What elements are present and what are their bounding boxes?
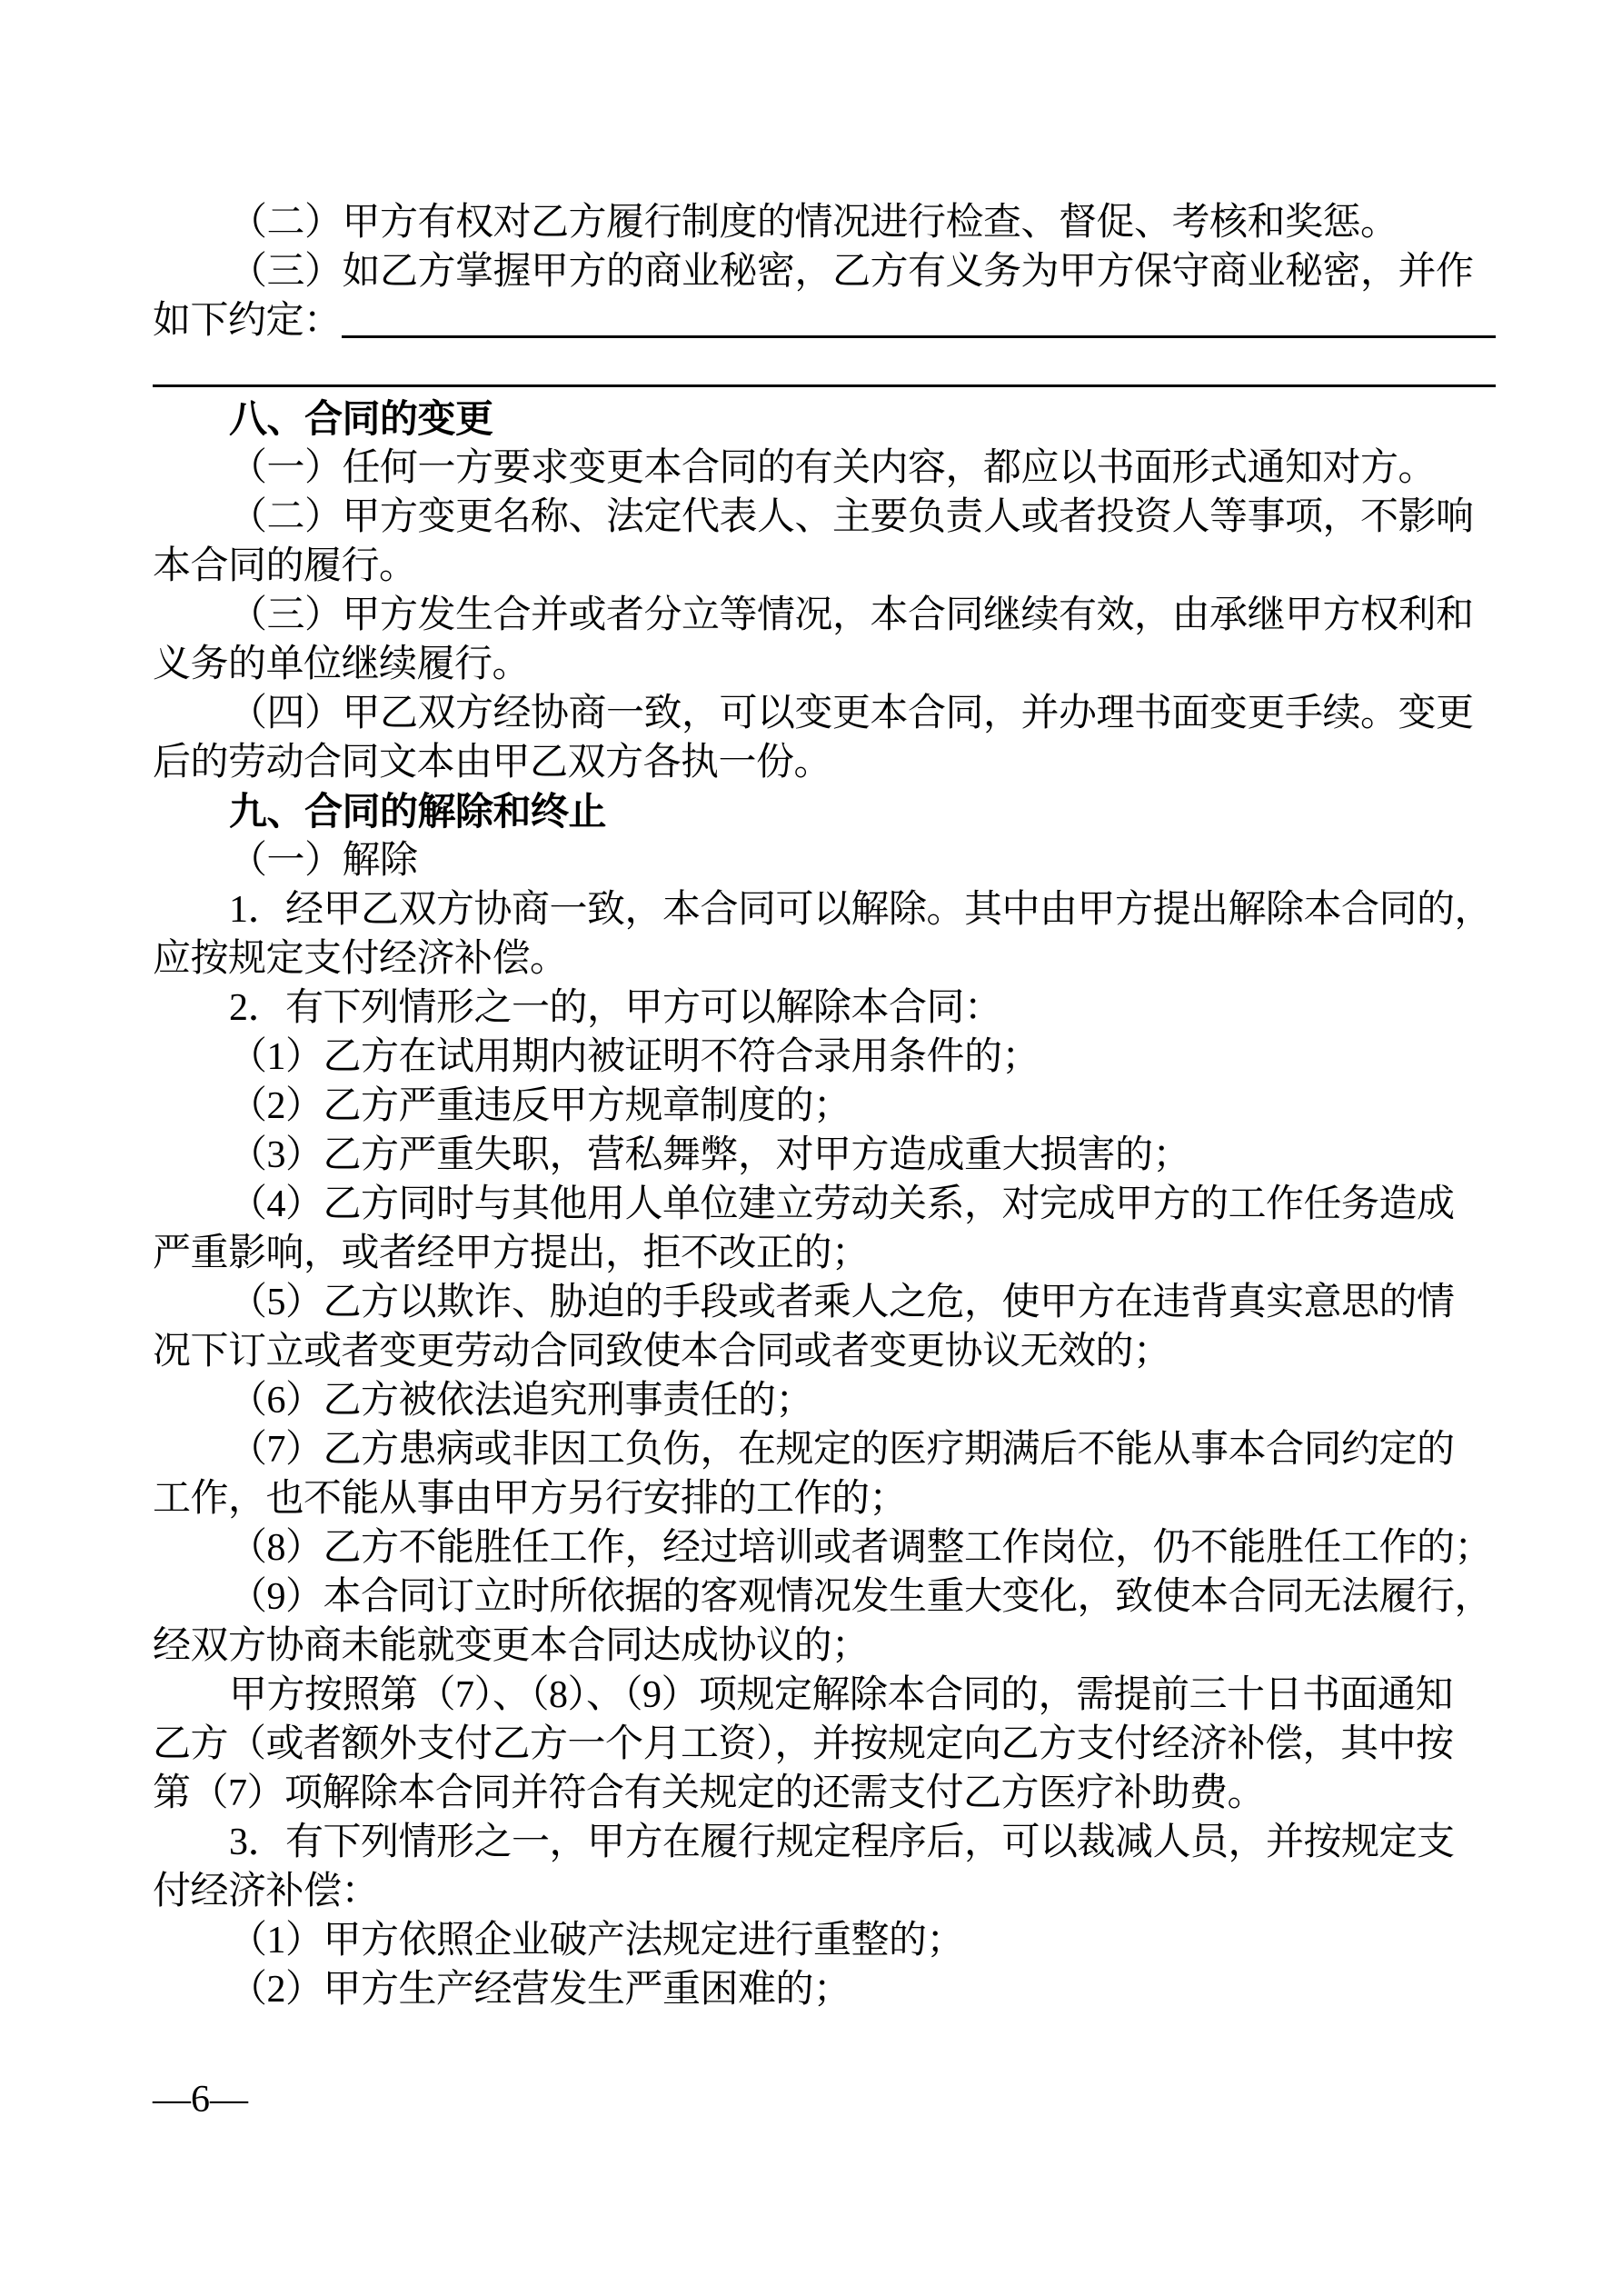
line-text: 3．有下列情形之一，甲方在履行规定程序后，可以裁减人员，并按规定支 — [229, 1822, 1455, 1863]
line-text: （2）乙方严重违反甲方规章制度的； — [229, 1085, 851, 1127]
document-line: （4）乙方同时与其他用人单位建立劳动关系，对完成甲方的工作任务造成 — [153, 1180, 1496, 1229]
line-text: 工作，也不能从事由甲方另行安排的工作的； — [153, 1478, 907, 1520]
document-line: （1）乙方在试用期内被证明不符合录用条件的； — [153, 1033, 1496, 1082]
blank-underline — [342, 335, 1496, 338]
line-text: 第（7）项解除本合同并符合有关规定的还需支付乙方医疗补助费。 — [153, 1772, 1265, 1814]
document-line: （一）任何一方要求变更本合同的有关内容，都应以书面形式通知对方。 — [153, 444, 1496, 493]
line-text: 本合同的履行。 — [153, 545, 417, 587]
line-text: 乙方（或者额外支付乙方一个月工资），并按规定向乙方支付经济补偿，其中按 — [153, 1723, 1454, 1765]
line-text: 九、合同的解除和终止 — [229, 790, 606, 833]
document-line: （9）本合同订立时所依据的客观情况发生重大变化，致使本合同无法履行， — [153, 1572, 1496, 1622]
fill-in-blank-line: 如下约定： — [153, 296, 1496, 345]
line-text: （二）甲方变更名称、法定代表人、主要负责人或者投资人等事项，不影响 — [229, 496, 1474, 538]
line-text: （8）乙方不能胜任工作，经过培训或者调整工作岗位，仍不能胜任工作的； — [229, 1527, 1492, 1569]
blank-label: 如下约定： — [153, 296, 342, 345]
document-page: （二）甲方有权对乙方履行制度的情况进行检查、督促、考核和奖惩。（三）如乙方掌握甲… — [0, 0, 1622, 2296]
document-line: 工作，也不能从事由甲方另行安排的工作的； — [153, 1474, 1496, 1523]
line-text: 经双方协商未能就变更本合同达成协议的； — [153, 1625, 870, 1667]
document-line: 乙方（或者额外支付乙方一个月工资），并按规定向乙方支付经济补偿，其中按 — [153, 1720, 1496, 1769]
document-line: 第（7）项解除本合同并符合有关规定的还需支付乙方医疗补助费。 — [153, 1769, 1496, 1818]
document-line: （2）乙方严重违反甲方规章制度的； — [153, 1082, 1496, 1131]
section-heading: 八、合同的变更 — [153, 394, 1496, 444]
document-line: 况下订立或者变更劳动合同致使本合同或者变更协议无效的； — [153, 1327, 1496, 1376]
line-text: 后的劳动合同文本由甲乙双方各执一份。 — [153, 742, 831, 784]
line-text: 义务的单位继续履行。 — [153, 644, 530, 685]
document-line: （8）乙方不能胜任工作，经过培训或者调整工作岗位，仍不能胜任工作的； — [153, 1523, 1496, 1572]
document-line: （四）甲乙双方经协商一致，可以变更本合同，并办理书面变更手续。变更 — [153, 689, 1496, 738]
document-line: （2）甲方生产经营发生严重困难的； — [153, 1965, 1496, 2014]
document-line: （二）甲方有权对乙方履行制度的情况进行检查、督促、考核和奖惩。 — [153, 198, 1496, 247]
document-line: 1．经甲乙双方协商一致，本合同可以解除。其中由甲方提出解除本合同的， — [153, 885, 1496, 934]
line-text: （6）乙方被依法追究刑事责任的； — [229, 1380, 813, 1422]
section-heading: 九、合同的解除和终止 — [153, 787, 1496, 836]
line-text: （7）乙方患病或非因工负伤，在规定的医疗期满后不能从事本合同约定的 — [229, 1429, 1455, 1471]
document-line: 经双方协商未能就变更本合同达成协议的； — [153, 1622, 1496, 1671]
line-text: 况下订立或者变更劳动合同致使本合同或者变更协议无效的； — [153, 1331, 1171, 1373]
document-body: （二）甲方有权对乙方履行制度的情况进行检查、督促、考核和奖惩。（三）如乙方掌握甲… — [153, 198, 1496, 2014]
line-text: （9）本合同订立时所依据的客观情况发生重大变化，致使本合同无法履行， — [229, 1576, 1492, 1618]
line-text: （一）任何一方要求变更本合同的有关内容，都应以书面形式通知对方。 — [229, 447, 1436, 489]
line-text: （四）甲乙双方经协商一致，可以变更本合同，并办理书面变更手续。变更 — [229, 693, 1474, 734]
line-text: 2．有下列情形之一的，甲方可以解除本合同： — [229, 987, 1002, 1029]
line-text: （1）乙方在试用期内被证明不符合录用条件的； — [229, 1036, 1040, 1078]
document-line: 后的劳动合同文本由甲乙双方各执一份。 — [153, 738, 1496, 787]
page-number: —6— — [153, 2075, 248, 2124]
document-line: 付经济补偿： — [153, 1867, 1496, 1916]
document-line: 义务的单位继续履行。 — [153, 640, 1496, 689]
line-text: 八、合同的变更 — [229, 397, 493, 440]
document-line: （3）乙方严重失职，营私舞弊，对甲方造成重大损害的； — [153, 1131, 1496, 1180]
document-line: （一）解除 — [153, 836, 1496, 885]
line-text: 付经济补偿： — [153, 1871, 379, 1912]
document-line: （1）甲方依照企业破产法规定进行重整的； — [153, 1916, 1496, 1965]
document-line: 甲方按照第（7）、（8）、（9）项规定解除本合同的，需提前三十日书面通知 — [153, 1671, 1496, 1720]
line-text: （3）乙方严重失职，营私舞弊，对甲方造成重大损害的； — [229, 1134, 1190, 1176]
document-line: （6）乙方被依法追究刑事责任的； — [153, 1376, 1496, 1425]
line-text: （三）如乙方掌握甲方的商业秘密，乙方有义务为甲方保守商业秘密，并作 — [229, 251, 1474, 293]
document-line: （7）乙方患病或非因工负伤，在规定的医疗期满后不能从事本合同约定的 — [153, 1425, 1496, 1474]
document-line: 本合同的履行。 — [153, 542, 1496, 591]
document-line: （5）乙方以欺诈、胁迫的手段或者乘人之危，使甲方在违背真实意思的情 — [153, 1278, 1496, 1327]
line-text: 应按规定支付经济补偿。 — [153, 938, 568, 980]
separator-row — [153, 345, 1496, 394]
document-line: 应按规定支付经济补偿。 — [153, 934, 1496, 983]
separator-line — [153, 384, 1496, 387]
document-line: （二）甲方变更名称、法定代表人、主要负责人或者投资人等事项，不影响 — [153, 493, 1496, 542]
line-text: 严重影响，或者经甲方提出，拒不改正的； — [153, 1233, 870, 1274]
line-text: （4）乙方同时与其他用人单位建立劳动关系，对完成甲方的工作任务造成 — [229, 1183, 1455, 1225]
document-line: 严重影响，或者经甲方提出，拒不改正的； — [153, 1229, 1496, 1278]
line-text: （1）甲方依照企业破产法规定进行重整的； — [229, 1920, 964, 1962]
line-text: 1．经甲乙双方协商一致，本合同可以解除。其中由甲方提出解除本合同的， — [229, 889, 1492, 931]
line-text: （2）甲方生产经营发生严重困难的； — [229, 1969, 851, 2011]
line-text: （三）甲方发生合并或者分立等情况，本合同继续有效，由承继甲方权利和 — [229, 594, 1474, 636]
line-text: （5）乙方以欺诈、胁迫的手段或者乘人之危，使甲方在违背真实意思的情 — [229, 1282, 1455, 1323]
document-line: （三）甲方发生合并或者分立等情况，本合同继续有效，由承继甲方权利和 — [153, 591, 1496, 640]
document-line: （三）如乙方掌握甲方的商业秘密，乙方有义务为甲方保守商业秘密，并作 — [153, 247, 1496, 296]
line-text: 甲方按照第（7）、（8）、（9）项规定解除本合同的，需提前三十日书面通知 — [229, 1674, 1453, 1716]
document-line: 3．有下列情形之一，甲方在履行规定程序后，可以裁减人员，并按规定支 — [153, 1818, 1496, 1867]
line-text: （二）甲方有权对乙方履行制度的情况进行检查、督促、考核和奖惩。 — [229, 202, 1398, 244]
line-text: （一）解除 — [229, 840, 418, 882]
document-line: 2．有下列情形之一的，甲方可以解除本合同： — [153, 983, 1496, 1033]
